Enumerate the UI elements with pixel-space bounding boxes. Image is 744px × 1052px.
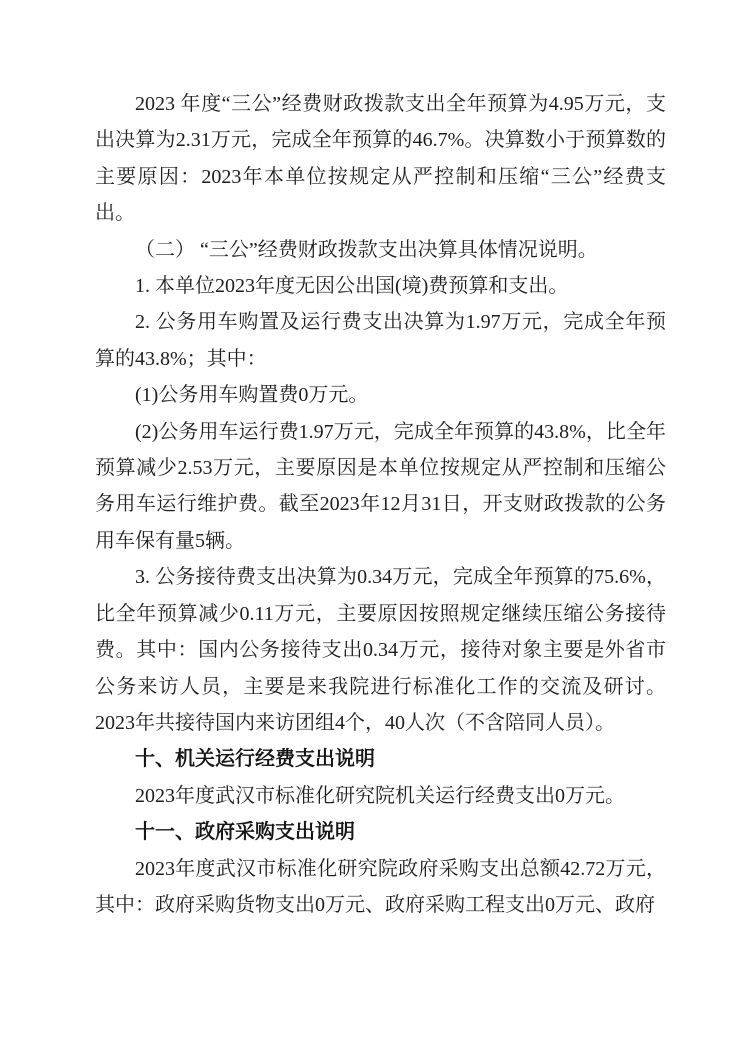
document-page: 2023 年度“三公”经费财政拨款支出全年预算为4.95万元，支出决算为2.31… bbox=[0, 0, 744, 1052]
para-vehicle-total-expense: 2. 公务用车购置及运行费支出决算为1.97万元，完成全年预算的43.8%；其中… bbox=[95, 304, 666, 377]
para-subsection-2-title: （二） “三公”经费财政拨款支出决算具体情况说明。 bbox=[95, 232, 666, 268]
para-procurement-expense: 2023年度武汉市标准化研究院政府采购支出总额42.72万元，其中：政府采购货物… bbox=[95, 851, 666, 924]
para-vehicle-operation-expense: (2)公务用车运行费1.97万元，完成全年预算的43.8%，比全年预算减少2.5… bbox=[95, 414, 666, 560]
heading-section-11-procurement: 十一、政府采购支出说明 bbox=[95, 814, 666, 850]
para-abroad-expense: 1. 本单位2023年度无因公出国(境)费预算和支出。 bbox=[95, 268, 666, 304]
para-operating-expense: 2023年度武汉市标准化研究院机关运行经费支出0万元。 bbox=[95, 778, 666, 814]
heading-section-10-operating-expense: 十、机关运行经费支出说明 bbox=[95, 741, 666, 777]
para-reception-expense: 3. 公务接待费支出决算为0.34万元，完成全年预算的75.6%，比全年预算减少… bbox=[95, 559, 666, 741]
para-vehicle-purchase-expense: (1)公务用车购置费0万元。 bbox=[95, 377, 666, 413]
document-body: 2023 年度“三公”经费财政拨款支出全年预算为4.95万元，支出决算为2.31… bbox=[95, 86, 666, 923]
para-sangong-budget-summary: 2023 年度“三公”经费财政拨款支出全年预算为4.95万元，支出决算为2.31… bbox=[95, 86, 666, 232]
